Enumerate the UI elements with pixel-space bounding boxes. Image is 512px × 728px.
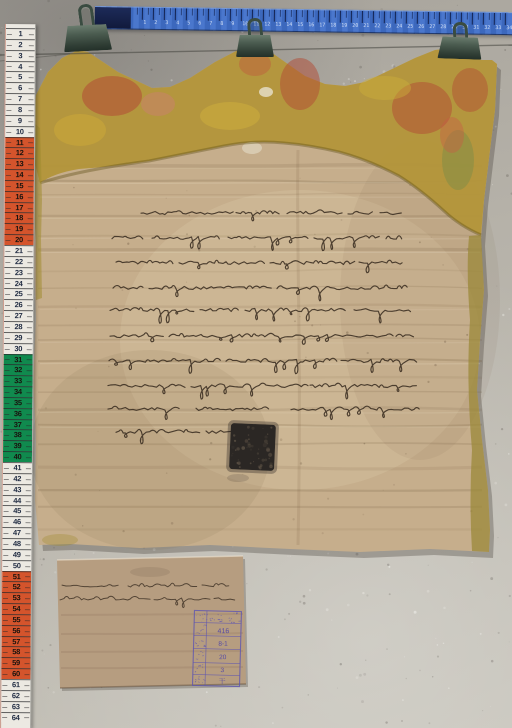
- ruler-cell-55: 55: [2, 614, 31, 625]
- ruler-cell-64: 64: [1, 711, 30, 722]
- ruler-cell-9: 9: [5, 115, 34, 126]
- ruler-cell-7: 7: [5, 93, 34, 104]
- ruler-cell-35: 35: [3, 397, 32, 408]
- ruler-cell-47: 47: [2, 527, 31, 538]
- ruler-cell-57: 57: [2, 636, 31, 647]
- ruler-cell-21: 21: [4, 245, 33, 256]
- ruler-cell-31: 31: [4, 353, 33, 364]
- clip-body: [437, 36, 482, 60]
- ruler-cell-15: 15: [5, 180, 34, 191]
- ruler-cell-42: 42: [3, 473, 32, 484]
- ruler-cell-17: 17: [5, 202, 34, 213]
- ruler-cell-6: 6: [6, 82, 35, 93]
- ruler-cell-18: 18: [5, 212, 34, 223]
- ruler-cell-14: 14: [5, 169, 34, 180]
- ruler-cell-51: 51: [2, 570, 31, 581]
- ruler-cell-32: 32: [4, 364, 33, 375]
- binder-clip-2: [236, 18, 274, 60]
- ruler-cell-58: 58: [2, 646, 31, 657]
- ruler-cell-33: 33: [3, 375, 32, 386]
- ruler-cell-48: 48: [2, 538, 31, 549]
- ruler-cell-37: 37: [3, 419, 32, 430]
- ruler-cell-3: 3: [6, 50, 35, 61]
- ruler-cell-19: 19: [5, 223, 34, 234]
- ruler-cell-20: 20: [4, 234, 33, 245]
- ruler-cell-44: 44: [3, 495, 32, 506]
- ruler-cell-56: 56: [2, 625, 31, 636]
- ruler-cell-52: 52: [2, 581, 31, 592]
- ruler-cell-60: 60: [1, 668, 30, 679]
- ruler-cell-12: 12: [5, 147, 34, 158]
- ruler-cell-11: 11: [5, 137, 34, 148]
- clip-body: [63, 24, 112, 52]
- ruler-cell-23: 23: [4, 267, 33, 278]
- ruler-cell-8: 8: [5, 104, 34, 115]
- ruler-cell-10: 10: [5, 126, 34, 137]
- clip-body: [236, 35, 274, 57]
- ruler-cell-24: 24: [4, 278, 33, 289]
- ruler-cell-63: 63: [1, 701, 30, 712]
- ruler-cell-40: 40: [3, 451, 32, 462]
- ruler-cell-4: 4: [6, 61, 35, 72]
- ruler-cell-46: 46: [2, 516, 31, 527]
- left-ruler: 1234567891011121314151617181920212223242…: [0, 24, 36, 728]
- ruler-cell-28: 28: [4, 321, 33, 332]
- ruler-cell-36: 36: [3, 408, 32, 419]
- ruler-cell-62: 62: [1, 690, 30, 701]
- ruler-cell-54: 54: [2, 603, 31, 614]
- ruler-cell-16: 16: [5, 191, 34, 202]
- ruler-cell-13: 13: [5, 158, 34, 169]
- ruler-cell-61: 61: [1, 679, 30, 690]
- photo-stage: 1234567891011121314151617181920212223242…: [0, 0, 512, 728]
- ruler-cell-41: 41: [3, 462, 32, 473]
- hanging-wire: [0, 0, 512, 728]
- ruler-cell-50: 50: [2, 560, 31, 571]
- ruler-cell-25: 25: [4, 288, 33, 299]
- ruler-cell-29: 29: [4, 332, 33, 343]
- ruler-cell-30: 30: [4, 343, 33, 354]
- binder-clip-3: [437, 21, 482, 63]
- ruler-cell-1: 1: [6, 28, 35, 39]
- ruler-cell-38: 38: [3, 429, 32, 440]
- ruler-cell-26: 26: [4, 299, 33, 310]
- ruler-cell-53: 53: [2, 592, 31, 603]
- binder-clip-1: [62, 3, 113, 55]
- ruler-cell-45: 45: [3, 505, 32, 516]
- ruler-cell-59: 59: [2, 657, 31, 668]
- ruler-cell-2: 2: [6, 39, 35, 50]
- ruler-cell-49: 49: [2, 549, 31, 560]
- ruler-cell-43: 43: [3, 484, 32, 495]
- ruler-cell-34: 34: [3, 386, 32, 397]
- ruler-cell-27: 27: [4, 310, 33, 321]
- ruler-cell-5: 5: [6, 71, 35, 82]
- ruler-cell-39: 39: [3, 440, 32, 451]
- ruler-cell-22: 22: [4, 256, 33, 267]
